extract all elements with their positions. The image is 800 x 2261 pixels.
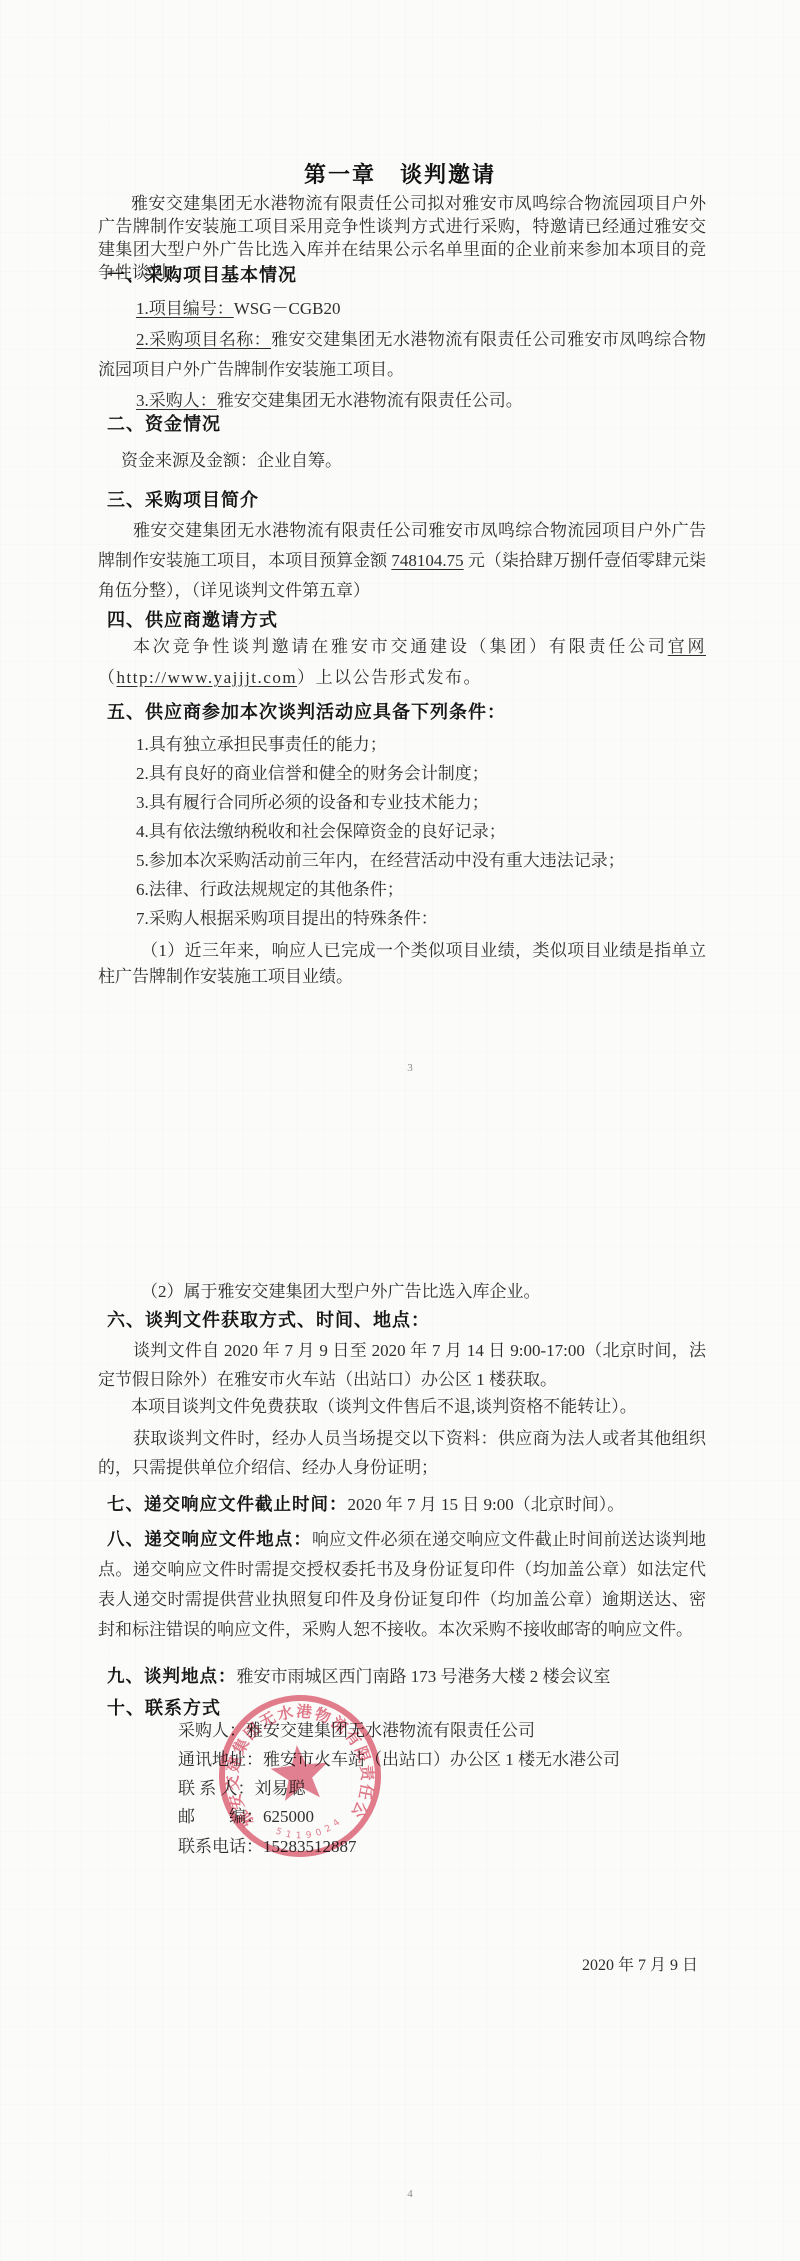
section-5-heading: 五、供应商参加本次谈判活动应具备下列条件：: [107, 698, 506, 724]
negotiation-place-value: 雅安市雨城区西门南路 173 号港务大楼 2 楼会议室: [237, 1667, 611, 1686]
section-8-heading: 八、递交响应文件地点：: [107, 1529, 312, 1549]
section-6-heading: 六、谈判文件获取方式、时间、地点：: [107, 1306, 430, 1332]
purchaser-line: 3.采购人：雅安交建集团无水港物流有限责任公司。: [136, 386, 523, 411]
document-date: 2020 年 7 月 9 日: [582, 1952, 698, 1975]
section-3-heading: 三、采购项目简介: [107, 486, 259, 512]
bracket-open: （: [98, 668, 117, 687]
project-number-line: 1.项目编号：WSG－CGB20: [136, 294, 340, 319]
project-number-value: WSG－CGB20: [234, 299, 341, 318]
condition-item-5: 5.参加本次采购活动前三年内，在经营活动中没有重大违法记录；: [136, 846, 625, 871]
section-1-heading: 一、采购项目基本情况: [107, 261, 297, 287]
section-2-heading: 二、资金情况: [107, 410, 221, 436]
official-site-word: 官网: [668, 637, 706, 656]
free-obtain-line: 本项目谈判文件免费获取（谈判文件售后不退,谈判资格不能转让）。: [131, 1392, 637, 1417]
project-name-paragraph: 2.采购项目名称：雅安交建集团无水港物流有限责任公司雅安市凤鸣综合物流园项目户外…: [98, 325, 706, 385]
special-condition-2: （2）属于雅安交建集团大型户外广告比选入库企业。: [141, 1277, 541, 1302]
obtain-materials-paragraph: 获取谈判文件时，经办人员当场提交以下资料：供应商为法人或者其他组织的，只需提供单…: [98, 1424, 706, 1482]
project-name-label: 2.采购项目名称：: [136, 330, 271, 349]
page-number-3: 3: [10, 1062, 800, 1074]
scanned-document-page: 第一章 谈判邀请 雅安交建集团无水港物流有限责任公司拟对雅安市凤鸣综合物流园项目…: [0, 0, 800, 2261]
section-9-heading: 九、谈判地点：: [107, 1666, 237, 1686]
seal-star-icon: [268, 1742, 330, 1802]
purchaser-value: 雅安交建集团无水港物流有限责任公司。: [217, 391, 523, 410]
purchaser-label: 3.采购人：: [136, 391, 217, 410]
bracket-close: ）: [297, 668, 316, 687]
special-condition-1: （1）近三年来，响应人已完成一个类似项目业绩，类似项目业绩是指单立柱广告牌制作安…: [98, 938, 706, 990]
section-4-heading: 四、供应商邀请方式: [107, 606, 278, 632]
condition-item-4: 4.具有依法缴纳税收和社会保障资金的良好记录；: [136, 817, 506, 842]
condition-item-1: 1.具有独立承担民事责任的能力；: [136, 730, 387, 755]
condition-item-6: 6.法律、行政法规规定的其他条件；: [136, 875, 404, 900]
budget-amount: 748104.75: [391, 551, 463, 570]
doc-obtain-paragraph: 谈判文件自 2020 年 7 月 9 日至 2020 年 7 月 14 日 9:…: [98, 1336, 706, 1394]
invite-text-pre: 本次竞争性谈判邀请在雅安市交通建设（集团）有限责任公司: [133, 637, 668, 656]
condition-item-3: 3.具有履行合同所必须的设备和专业技术能力；: [136, 788, 489, 813]
funding-line: 资金来源及金额：企业自筹。: [121, 446, 342, 471]
invite-text-post: 上以公告形式发布。: [316, 668, 483, 687]
invitation-method-paragraph: 本次竞争性谈判邀请在雅安市交通建设（集团）有限责任公司官网（http://www…: [98, 631, 706, 693]
section-7-heading: 七、递交响应文件截止时间：: [107, 1494, 348, 1514]
page-number-4: 4: [10, 2188, 800, 2200]
submission-place-paragraph: 八、递交响应文件地点：响应文件必须在递交响应文件截止时间前送达谈判地点。递交响应…: [98, 1524, 706, 1645]
company-seal-stamp: 雅安交建集团无水港物流有限责任公司 5 1 1 9 0 2 4 7: [205, 1681, 394, 1870]
official-site-url: http://www.yajjjt.com: [117, 668, 298, 687]
condition-item-7: 7.采购人根据采购项目提出的特殊条件：: [136, 904, 438, 929]
project-brief-paragraph: 雅安交建集团无水港物流有限责任公司雅安市凤鸣综合物流园项目户外广告牌制作安装施工…: [98, 516, 706, 606]
chapter-title: 第一章 谈判邀请: [0, 158, 800, 189]
deadline-line: 七、递交响应文件截止时间：2020 年 7 月 15 日 9:00（北京时间）。: [107, 1490, 624, 1516]
project-number-label: 1.项目编号：: [136, 299, 234, 318]
deadline-value: 2020 年 7 月 15 日 9:00（北京时间）。: [348, 1495, 625, 1514]
condition-item-2: 2.具有良好的商业信誉和健全的财务会计制度；: [136, 759, 489, 784]
